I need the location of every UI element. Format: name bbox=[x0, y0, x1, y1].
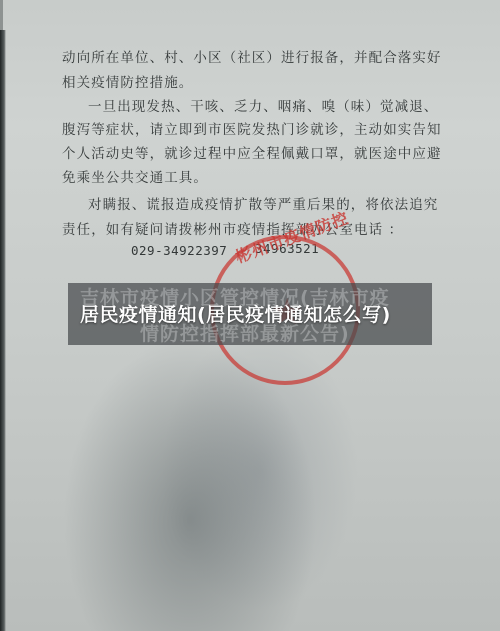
banner-title: 居民疫情通知(居民疫情通知怎么写) bbox=[80, 300, 391, 327]
phone-number-1: 029-34922397 bbox=[131, 243, 227, 258]
doc-line: 对瞒报、谎报造成疫情扩散等严重后果的，将依法追究 bbox=[88, 193, 458, 213]
doc-line: 一旦出现发热、干咳、乏力、咽痛、嗅（味）觉减退、 bbox=[88, 95, 458, 115]
doc-line: 责任，如有疑问请拨彬州市疫情指挥部办公室电话 ： bbox=[62, 218, 432, 238]
doc-line: 动向所在单位、村、小区（社区）进行报备，并配合落实好 bbox=[62, 46, 432, 66]
doc-line: 腹泻等症状，请立即到市医院发热门诊就诊，主动如实告知 bbox=[62, 118, 432, 138]
doc-line: 免乘坐公共交通工具。 bbox=[62, 166, 432, 186]
doc-line: 个人活动史等，就诊过程中应全程佩戴口罩，就医途中应避 bbox=[62, 142, 432, 162]
doc-line: 相关疫情防控措施。 bbox=[62, 71, 432, 91]
page-shadow-edge bbox=[0, 30, 6, 631]
